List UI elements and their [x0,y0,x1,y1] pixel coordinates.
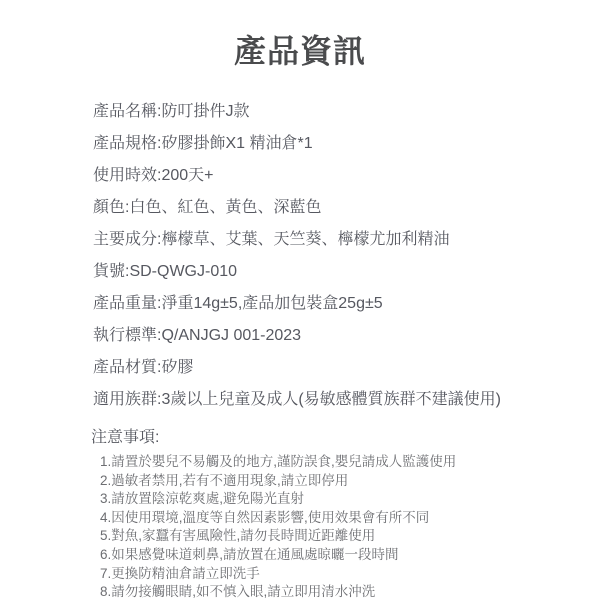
note-item: 6.如果感覺味道刺鼻,請放置在通風處晾曬一段時間 [100,546,570,565]
field-product-name: 產品名稱:防叮掛件J款 [93,103,560,120]
field-label: 顏色: [93,199,129,216]
field-value: 200天+ [161,167,213,184]
field-value: 防叮掛件J款 [161,103,249,120]
field-value: 白色、紅色、黃色、深藍色 [129,199,321,216]
note-item: 5.對魚,家蠶有害風險性,請勿長時間近距離使用 [100,527,570,546]
page-title: 產品資訊 [0,0,600,72]
note-item: 1.請置於嬰兒不易觸及的地方,謹防誤食,嬰兒請成人監護使用 [100,453,570,472]
field-value: Q/ANJGJ 001-2023 [161,327,301,344]
notes-list: 1.請置於嬰兒不易觸及的地方,謹防誤食,嬰兒請成人監護使用 2.過敏者禁用,若有… [91,453,570,600]
note-item: 7.更換防精油倉請立即洗手 [100,565,570,584]
field-value: 矽膠 [161,359,193,376]
field-item-number: 貨號:SD-QWGJ-010 [93,263,560,280]
field-main-ingredients: 主要成分:檸檬草、艾葉、天竺葵、檸檬尤加利精油 [93,231,560,248]
field-label: 產品名稱: [93,103,161,120]
field-applicable-group: 適用族群:3歲以上兒童及成人(易敏感體質族群不建議使用) [93,391,560,408]
field-color: 顏色:白色、紅色、黃色、深藍色 [93,199,560,216]
field-value: 淨重14g±5,產品加包裝盒25g±5 [161,295,382,312]
field-product-weight: 產品重量:淨重14g±5,產品加包裝盒25g±5 [93,295,560,312]
product-fields: 產品名稱:防叮掛件J款 產品規格:矽膠掛飾X1 精油倉*1 使用時效:200天+… [0,103,600,408]
notes-section: 注意事項: 1.請置於嬰兒不易觸及的地方,謹防誤食,嬰兒請成人監護使用 2.過敏… [0,429,600,600]
note-item: 8.請勿接觸眼睛,如不慎入眼,請立即用清水沖洗 [100,583,570,600]
field-value: SD-QWGJ-010 [129,263,237,280]
notes-heading: 注意事項: [91,429,570,446]
field-label: 產品規格: [93,135,161,152]
note-item: 2.過敏者禁用,若有不適用現象,請立即停用 [100,472,570,491]
product-info-page: 產品資訊 產品名稱:防叮掛件J款 產品規格:矽膠掛飾X1 精油倉*1 使用時效:… [0,0,600,600]
field-value: 3歲以上兒童及成人(易敏感體質族群不建議使用) [161,391,501,408]
field-label: 貨號: [93,263,129,280]
field-value: 矽膠掛飾X1 精油倉*1 [161,135,312,152]
note-item: 4.因使用環境,溫度等自然因素影響,使用效果會有所不同 [100,509,570,528]
field-material: 產品材質:矽膠 [93,359,560,376]
field-label: 適用族群: [93,391,161,408]
field-label: 主要成分: [93,231,161,248]
field-label: 執行標準: [93,327,161,344]
field-value: 檸檬草、艾葉、天竺葵、檸檬尤加利精油 [161,231,449,248]
field-usage-duration: 使用時效:200天+ [93,167,560,184]
note-item: 3.請放置陰涼乾爽處,避免陽光直射 [100,490,570,509]
field-label: 產品重量: [93,295,161,312]
field-product-spec: 產品規格:矽膠掛飾X1 精油倉*1 [93,135,560,152]
field-standard: 執行標準:Q/ANJGJ 001-2023 [93,327,560,344]
field-label: 使用時效: [93,167,161,184]
field-label: 產品材質: [93,359,161,376]
